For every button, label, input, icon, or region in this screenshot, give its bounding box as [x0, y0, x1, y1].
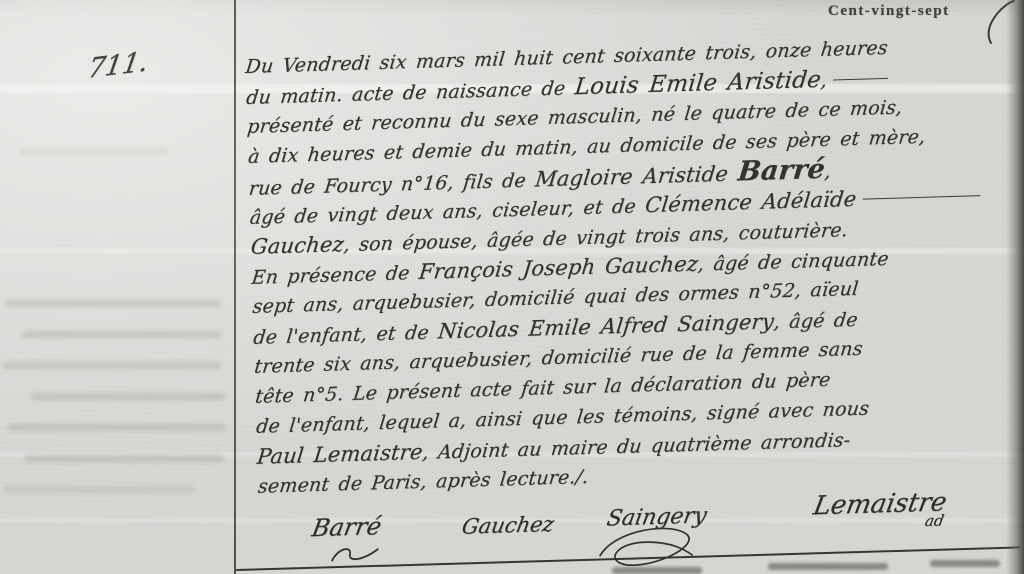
registry-page: Cent-vingt-sept 711. Du Vendredi six mar… — [0, 0, 1024, 574]
page-edge-shadow — [1006, 0, 1024, 574]
ink-bleed-smudge — [6, 300, 221, 307]
signature-barre: Barré — [310, 512, 384, 542]
signature-lemaistre-suffix: ad — [924, 511, 946, 530]
ink-bleed-smudge — [18, 148, 168, 155]
mother-name: Clémence Adélaïde — [644, 187, 858, 217]
act-number: 711. — [86, 46, 151, 85]
next-entry-text-hint — [930, 560, 1000, 567]
saingery-paraph-icon — [587, 520, 708, 572]
ink-bleed-smudge — [30, 393, 225, 400]
folio-number-label: Cent-vingt-sept — [828, 3, 950, 20]
ink-bleed-smudge — [24, 455, 224, 462]
next-entry-text-hint — [612, 567, 702, 574]
next-entry-text-hint — [768, 563, 888, 570]
father-surname: Barré — [736, 154, 826, 188]
mother-surname: Gauchez — [250, 232, 346, 259]
ink-bleed-smudge — [8, 424, 226, 431]
father-name: Magloire Aristide — [534, 161, 739, 191]
officer-name: Paul Lemaistre — [256, 440, 424, 469]
margin-divider-line — [234, 0, 236, 574]
barre-paraph-icon — [330, 542, 383, 568]
ink-bleed-smudge — [22, 331, 222, 338]
ink-bleed-smudge — [4, 486, 194, 493]
signature-gauchez: Gauchez — [460, 512, 556, 539]
act-text-block: Du Vendredi six mars mil huit cent soixa… — [243, 29, 1024, 570]
ink-bleed-smudge — [2, 362, 222, 369]
